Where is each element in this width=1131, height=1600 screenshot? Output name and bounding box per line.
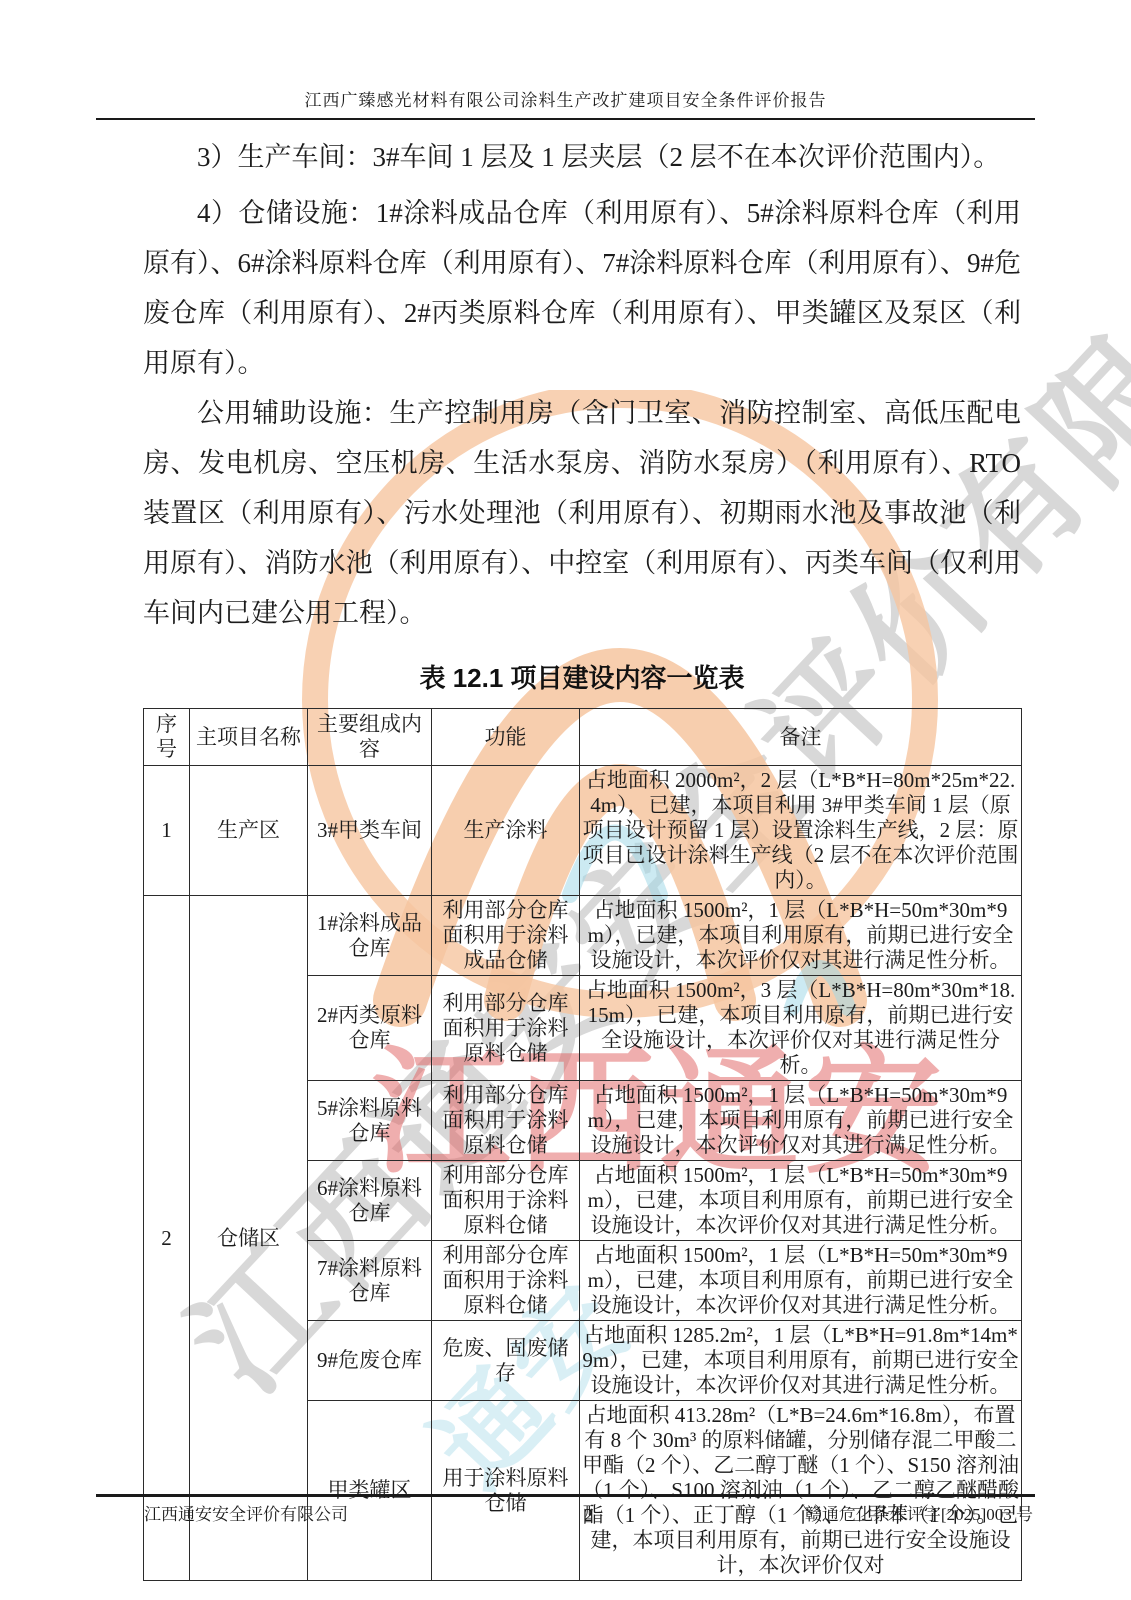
paragraph-production-workshop: 3）生产车间：3#车间 1 层及 1 层夹层（2 层不在本次评价范围内）。 xyxy=(143,132,1021,182)
table-row: 2仓储区1#涂料成品仓库利用部分仓库面积用于涂料成品仓储占地面积 1500m²，… xyxy=(144,896,1022,976)
header-cell-remark: 备注 xyxy=(580,709,1022,766)
paragraph-storage-facilities: 4）仓储设施：1#涂料成品仓库（利用原有）、5#涂料原料仓库（利用原有）、6#涂… xyxy=(143,188,1021,388)
table-cell-remark: 占地面积 1285.2m²，1 层（L*B*H=91.8m*14m*9m），已建… xyxy=(580,1321,1022,1401)
page-footer: 江西通安安全评价有限公司 2 赣通危化条件评字[2025]003 号 xyxy=(96,1494,1035,1527)
table-cell-func: 利用部分仓库面积用于涂料原料仓储 xyxy=(432,1241,580,1321)
table-row: 1生产区3#甲类车间生产涂料占地面积 2000m²，2 层（L*B*H=80m*… xyxy=(144,766,1022,896)
table-cell-comp: 6#涂料原料仓库 xyxy=(308,1161,432,1241)
page-content: 江西广臻感光材料有限公司涂料生产改扩建项目安全条件评价报告 3）生产车间：3#车… xyxy=(0,0,1131,1581)
header-cell-no: 序号 xyxy=(144,709,190,766)
table-cell-remark: 占地面积 1500m²，3 层（L*B*H=80m*30m*18.15m），已建… xyxy=(580,976,1022,1081)
table-cell-comp: 9#危废仓库 xyxy=(308,1321,432,1401)
table-title: 表 12.1 项目建设内容一览表 xyxy=(143,658,1021,698)
table-cell-remark: 占地面积 1500m²，1 层（L*B*H=50m*30m*9m），已建，本项目… xyxy=(580,1241,1022,1321)
table-cell-func: 利用部分仓库面积用于涂料原料仓储 xyxy=(432,976,580,1081)
header-cell-group: 主项目名称 xyxy=(190,709,308,766)
table-cell-group: 生产区 xyxy=(190,766,308,896)
table-cell-comp: 甲类罐区 xyxy=(308,1401,432,1581)
table-cell-comp: 2#丙类原料仓库 xyxy=(308,976,432,1081)
table-cell-func: 利用部分仓库面积用于涂料原料仓储 xyxy=(432,1161,580,1241)
footer-document-number: 赣通危化条件评字[2025]003 号 xyxy=(737,1503,1035,1527)
table-cell-remark: 占地面积 1500m²，1 层（L*B*H=50m*30m*9m），已建，本项目… xyxy=(580,896,1022,976)
header-rule xyxy=(96,118,1035,120)
footer-rule xyxy=(96,1494,1035,1497)
footer-company-name: 江西通安安全评价有限公司 xyxy=(96,1503,440,1527)
footer-page-number: 2 xyxy=(440,1503,736,1527)
header-cell-function: 功能 xyxy=(432,709,580,766)
table-body: 1生产区3#甲类车间生产涂料占地面积 2000m²，2 层（L*B*H=80m*… xyxy=(144,766,1022,1581)
table-cell-no: 2 xyxy=(144,896,190,1581)
table-cell-func: 生产涂料 xyxy=(432,766,580,896)
table-cell-remark: 占地面积 1500m²，1 层（L*B*H=50m*30m*9m），已建，本项目… xyxy=(580,1161,1022,1241)
table-cell-no: 1 xyxy=(144,766,190,896)
table-cell-remark: 占地面积 2000m²，2 层（L*B*H=80m*25m*22.4m），已建，… xyxy=(580,766,1022,896)
table-cell-remark: 占地面积 1500m²，1 层（L*B*H=50m*30m*9m），已建，本项目… xyxy=(580,1081,1022,1161)
project-content-table: 序号 主项目名称 主要组成内容 功能 备注 1生产区3#甲类车间生产涂料占地面积… xyxy=(143,708,1022,1581)
table-cell-func: 利用部分仓库面积用于涂料成品仓储 xyxy=(432,896,580,976)
header-title: 江西广臻感光材料有限公司涂料生产改扩建项目安全条件评价报告 xyxy=(0,86,1131,111)
table-cell-comp: 7#涂料原料仓库 xyxy=(308,1241,432,1321)
table-cell-func: 利用部分仓库面积用于涂料原料仓储 xyxy=(432,1081,580,1161)
table-cell-remark: 占地面积 413.28m²（L*B=24.6m*16.8m），布置有 8 个 3… xyxy=(580,1401,1022,1581)
table-cell-comp: 5#涂料原料仓库 xyxy=(308,1081,432,1161)
table-cell-group: 仓储区 xyxy=(190,896,308,1581)
table-cell-func: 用于涂料原料仓储 xyxy=(432,1401,580,1581)
page-sheet: 江西通安安全评价有限公司 江西通安 通安 江西广臻感光材料有限公司涂料生产改扩建… xyxy=(0,0,1131,1600)
table-header-row: 序号 主项目名称 主要组成内容 功能 备注 xyxy=(144,709,1022,766)
body-paragraphs: 3）生产车间：3#车间 1 层及 1 层夹层（2 层不在本次评价范围内）。 4）… xyxy=(143,132,1021,638)
header-cell-component: 主要组成内容 xyxy=(308,709,432,766)
paragraph-auxiliary-facilities: 公用辅助设施：生产控制用房（含门卫室、消防控制室、高低压配电房、发电机房、空压机… xyxy=(143,388,1021,638)
table-cell-comp: 1#涂料成品仓库 xyxy=(308,896,432,976)
footer-row: 江西通安安全评价有限公司 2 赣通危化条件评字[2025]003 号 xyxy=(96,1503,1035,1527)
table-cell-func: 危废、固废储存 xyxy=(432,1321,580,1401)
table-cell-comp: 3#甲类车间 xyxy=(308,766,432,896)
page-header: 江西广臻感光材料有限公司涂料生产改扩建项目安全条件评价报告 xyxy=(0,0,1131,120)
